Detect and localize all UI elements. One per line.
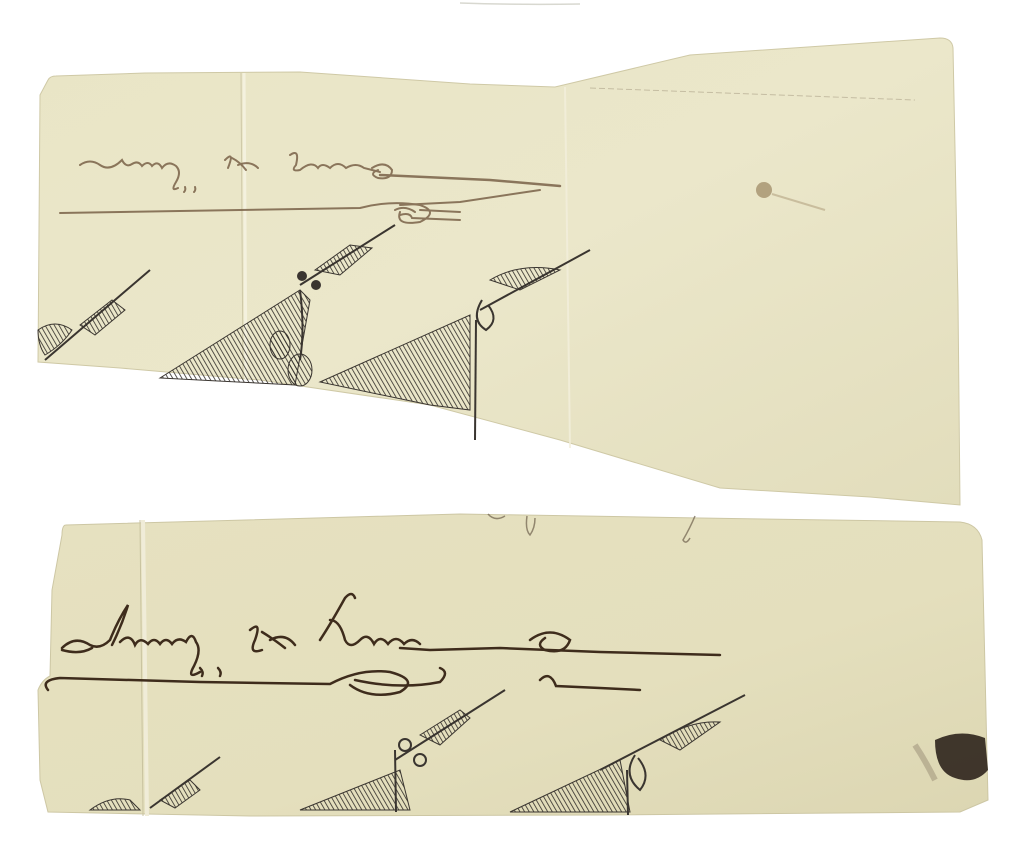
photo-scene [0, 0, 1024, 860]
bottom-fragment [38, 514, 988, 816]
top-fragment [38, 38, 960, 505]
ink-blot [756, 182, 772, 198]
